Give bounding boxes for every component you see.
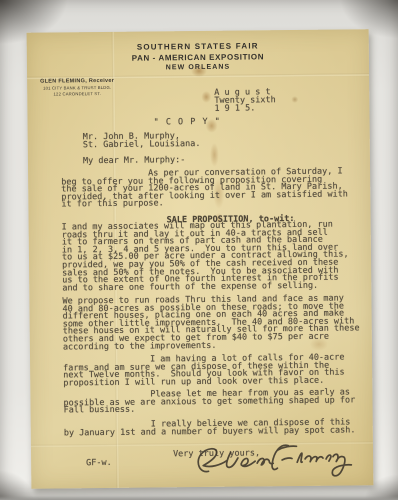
recipient-address: Mr. John B. Murphy,St. Gabriel, Louisian…	[83, 132, 201, 149]
paragraph-2: I and my associates will map out this pl…	[62, 221, 349, 292]
typist-initials: GF-w.	[86, 458, 112, 468]
paragraph-4: I am having a lot of calls for 40-acrefa…	[63, 354, 345, 387]
letter-date: A u g u s tTwenty sixth1 9 1 5.	[214, 88, 276, 113]
salutation: My dear Mr. Murphy:-	[83, 155, 185, 166]
ink-stain	[210, 143, 219, 167]
signature-ink-strokes	[190, 434, 364, 488]
paragraph-1: As per our conversation of Saturday, Ibe…	[61, 168, 348, 209]
paragraph-3: We propose to run roads Thru this land a…	[62, 295, 359, 351]
ink-stain	[201, 91, 211, 103]
receiver-address-2: 122 CARONDELET ST.	[33, 90, 121, 96]
letterhead-organization: SOUTHERN STATES FAIR PAN - AMERICAN EXPO…	[27, 39, 369, 75]
letter-paper: SOUTHERN STATES FAIR PAN - AMERICAN EXPO…	[27, 29, 374, 489]
paragraph-6: I really believe we can dispose of thisb…	[64, 419, 356, 437]
copy-label: " C O P Y "	[154, 117, 221, 128]
photo-background: SOUTHERN STATES FAIR PAN - AMERICAN EXPO…	[0, 0, 398, 500]
signature-glen-fleming: Glen Fleming	[190, 434, 364, 488]
photo-bottom-edge	[0, 496, 398, 500]
ink-stain	[291, 96, 298, 103]
letterhead-receiver-block: GLEN FLEMING, Receiver 101 CITY BANK & T…	[33, 78, 121, 97]
paragraph-5: Please let me hear from you as early asp…	[63, 389, 355, 415]
